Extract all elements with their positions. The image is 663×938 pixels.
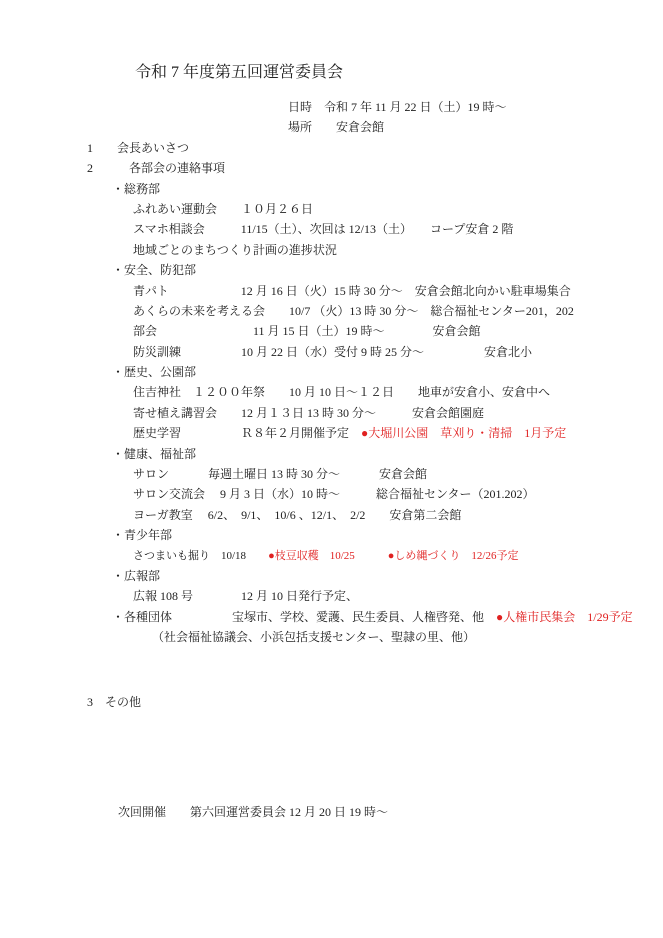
document-line: さつまいも掘り 10/18 ●枝豆収穫 10/25 ●しめ縄づくり 12/26予… (133, 546, 663, 566)
text-segment: 2 各部会の連絡事項 (87, 161, 225, 175)
document-line: スマホ相談会 11/15（土）、次回は 12/13（土） コープ安倉 2 階 (133, 219, 663, 239)
document-line: 日時 令和 7 年 11 月 22 日（土）19 時～ (288, 97, 663, 117)
text-segment: サロン 毎週土曜日 13 時 30 分～ 安倉会館 (133, 467, 427, 481)
text-segment (355, 550, 388, 562)
document-line: ふれあい運動会 １０月２６日 (133, 199, 663, 219)
text-segment: ふれあい運動会 １０月２６日 (133, 202, 313, 216)
document-line: 場所 安倉会館 (288, 117, 663, 137)
text-segment: 日時 令和 7 年 11 月 22 日（土）19 時～ (288, 100, 507, 114)
highlight-red-text: ●人権市民集会 1/29予定 (496, 610, 633, 624)
text-segment: ・青少年部 (112, 528, 172, 542)
text-segment: 部会 11 月 15 日（土）19 時～ 安倉会館 (133, 324, 481, 338)
document-line: ・安全、防犯部 (112, 260, 663, 280)
document-line: ・各種団体 宝塚市、学校、愛護、民生委員、人権啓発、他 ●人権市民集会 1/29… (112, 607, 663, 627)
text-segment: ・歴史、公園部 (112, 365, 196, 379)
document-line: 地域ごとのまちつくり計画の進捗状況 (133, 240, 663, 260)
text-segment: 場所 安倉会館 (288, 120, 384, 134)
document-line: （社会福祉協議会、小浜包括支援センター、聖隷の里、他） (152, 627, 663, 647)
text-segment: ・健康、福祉部 (112, 447, 196, 461)
document-line: サロン交流会 9 月 3 日（水）10 時～ 総合福祉センター（201.202） (133, 484, 663, 504)
document-line: ヨーガ教室 6/2、 9/1、 10/6 、12/1、 2/2 安倉第二会館 (133, 505, 663, 525)
document-line: 住吉神社 １２００年祭 10 月 10 日～１２日 地車が安倉小、安倉中へ (133, 382, 663, 402)
text-segment: 寄せ植え講習会 12 月１３日 13 時 30 分～ 安倉会館園庭 (133, 406, 484, 420)
document-page: 令和 7 年度第五回運営委員会 日時 令和 7 年 11 月 22 日（土）19… (0, 0, 663, 938)
document-line: 青パト 12 月 16 日（火）15 時 30 分～ 安倉会館北向かい駐車場集合 (133, 281, 663, 301)
text-segment: 広報 108 号 12 月 10 日発行予定、 (133, 589, 358, 603)
document-line: 歴史学習 Ｒ８年２月開催予定 ●大堀川公園 草刈り・清掃 1月予定 (133, 423, 663, 443)
highlight-red-text: ●しめ縄づくり 12/26予定 (388, 550, 519, 562)
text-segment: 歴史学習 Ｒ８年２月開催予定 (133, 426, 361, 440)
text-segment: ヨーガ教室 6/2、 9/1、 10/6 、12/1、 2/2 安倉第二会館 (133, 508, 461, 522)
document-line: 防災訓練 10 月 22 日（水）受付 9 時 25 分～ 安倉北小 (133, 342, 663, 362)
text-segment: さつまいも掘り 10/18 (133, 550, 268, 562)
text-segment: ・各種団体 宝塚市、学校、愛護、民生委員、人権啓発、他 (112, 610, 496, 624)
document-body: 日時 令和 7 年 11 月 22 日（土）19 時～場所 安倉会館1 会長あい… (0, 97, 663, 822)
document-line: ・青少年部 (112, 525, 663, 545)
document-line: ・広報部 (112, 566, 663, 586)
text-segment: （社会福祉協議会、小浜包括支援センター、聖隷の里、他） (152, 630, 475, 644)
document-line: あくらの未来を考える会 10/7 （火）13 時 30 分～ 総合福祉センター2… (133, 301, 663, 321)
text-segment: 青パト 12 月 16 日（火）15 時 30 分～ 安倉会館北向かい駐車場集合 (133, 284, 571, 298)
document-line: 1 会長あいさつ (87, 138, 663, 158)
document-line: ・健康、福祉部 (112, 444, 663, 464)
text-segment: ・広報部 (112, 569, 160, 583)
text-segment: 地域ごとのまちつくり計画の進捗状況 (133, 243, 337, 257)
text-segment: 防災訓練 10 月 22 日（水）受付 9 時 25 分～ 安倉北小 (133, 345, 532, 359)
text-segment: サロン交流会 9 月 3 日（水）10 時～ 総合福祉センター（201.202） (133, 487, 535, 501)
text-segment: ・総務部 (112, 182, 160, 196)
document-line: 2 各部会の連絡事項 (87, 158, 663, 178)
document-line: 寄せ植え講習会 12 月１３日 13 時 30 分～ 安倉会館園庭 (133, 403, 663, 423)
text-segment: 3 その他 (87, 695, 141, 709)
document-line: 広報 108 号 12 月 10 日発行予定、 (133, 586, 663, 606)
document-line: 次回開催 第六回運営委員会 12 月 20 日 19 時～ (118, 802, 663, 822)
document-line: 3 その他 (87, 692, 663, 712)
text-segment: あくらの未来を考える会 10/7 （火）13 時 30 分～ 総合福祉センター2… (133, 304, 574, 318)
document-line: 部会 11 月 15 日（土）19 時～ 安倉会館 (133, 321, 663, 341)
text-segment: ・安全、防犯部 (112, 263, 196, 277)
text-segment: 次回開催 第六回運営委員会 12 月 20 日 19 時～ (118, 805, 388, 819)
document-title: 令和 7 年度第五回運営委員会 (135, 0, 663, 83)
highlight-red-text: ●大堀川公園 草刈り・清掃 1月予定 (361, 426, 566, 440)
document-line: ・歴史、公園部 (112, 362, 663, 382)
text-segment: スマホ相談会 11/15（土）、次回は 12/13（土） コープ安倉 2 階 (133, 222, 513, 236)
text-segment: 1 会長あいさつ (87, 141, 189, 155)
document-line: サロン 毎週土曜日 13 時 30 分～ 安倉会館 (133, 464, 663, 484)
text-segment: 住吉神社 １２００年祭 10 月 10 日～１２日 地車が安倉小、安倉中へ (133, 385, 550, 399)
document-line: ・総務部 (112, 179, 663, 199)
highlight-red-text: ●枝豆収穫 10/25 (268, 550, 355, 562)
